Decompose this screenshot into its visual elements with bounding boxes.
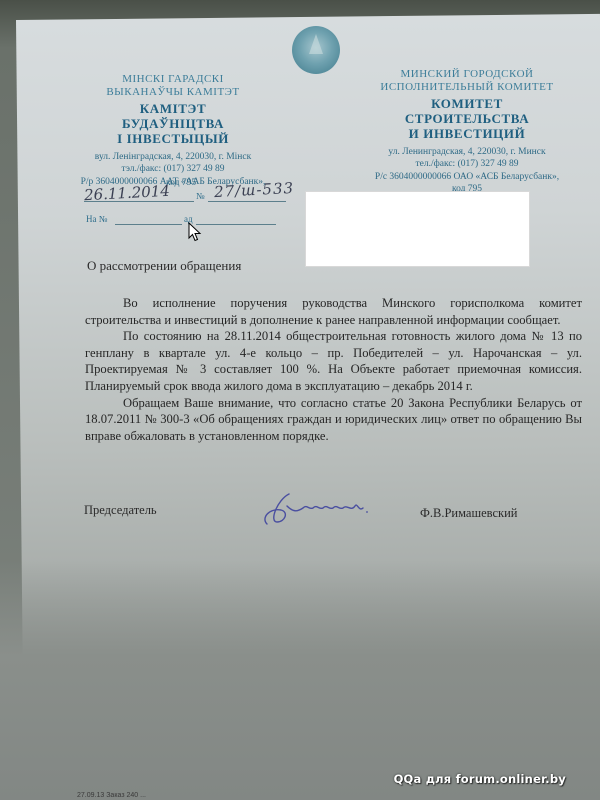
letter-body: Во исполнение поручения руководства Минс… bbox=[85, 295, 582, 444]
coat-of-arms-icon bbox=[292, 26, 340, 74]
paragraph: По состоянию на 28.11.2014 общестроитель… bbox=[85, 328, 582, 394]
address: ул. Ленинградская, 4, 220030, г. Минск bbox=[362, 146, 572, 158]
signatory-name: Ф.В.Римашевский bbox=[420, 506, 517, 521]
org-line-2: БУДАЎНІЦТВА bbox=[68, 117, 278, 132]
authority-line-1: МИНСКИЙ ГОРОДСКОЙ bbox=[362, 68, 572, 81]
number-label: № bbox=[196, 191, 205, 201]
org-line-3: І ІНВЕСТЫЦЫЙ bbox=[68, 132, 278, 147]
paragraph: Во исполнение поручения руководства Минс… bbox=[85, 295, 582, 328]
paper-shadow bbox=[0, 560, 600, 800]
signature-block: Председатель Ф.В.Римашевский bbox=[84, 498, 584, 538]
org-line-3: И ИНВЕСТИЦИЙ bbox=[362, 127, 572, 142]
signatory-title: Председатель bbox=[84, 503, 157, 518]
org-line-1: КОМИТЕТ bbox=[362, 97, 572, 112]
authority-line-2: ИСПОЛНИТЕЛЬНЫЙ КОМИТЕТ bbox=[362, 81, 572, 94]
address: вул. Ленінградская, 4, 220030, г. Мінск bbox=[68, 151, 278, 163]
letter-subject: О рассмотрении обращения bbox=[87, 258, 241, 274]
redacted-recipient bbox=[305, 191, 530, 267]
print-footer: 27.09.13 Заказ 240 ... bbox=[77, 792, 146, 799]
signature-icon bbox=[259, 490, 389, 530]
date-underline bbox=[84, 201, 194, 202]
paragraph: Обращаем Ваше внимание, что согласно ста… bbox=[85, 395, 582, 445]
phone: тэл./факс: (017) 327 49 89 bbox=[68, 163, 278, 175]
number-underline bbox=[208, 201, 286, 202]
mouse-cursor-icon bbox=[188, 222, 202, 242]
watermark: QQa для forum.onliner.by bbox=[394, 772, 566, 786]
from-underline bbox=[196, 224, 276, 225]
bank-account: Р/с 3604000000066 ОАО «АСБ Беларусбанк», bbox=[362, 171, 572, 183]
reply-to-label: На № bbox=[86, 214, 107, 224]
org-line-1: КАМІТЭТ bbox=[68, 102, 278, 117]
reply-to-underline bbox=[115, 224, 182, 225]
org-line-2: СТРОИТЕЛЬСТВА bbox=[362, 112, 572, 127]
bank-code-by: код 795 bbox=[166, 178, 196, 188]
phone: тел./факс: (017) 327 49 89 bbox=[362, 158, 572, 170]
authority-line-1: МІНСКІ ГАРАДСКІ bbox=[68, 73, 278, 86]
letterhead-belarusian: МІНСКІ ГАРАДСКІ ВЫКАНАЎЧЫ КАМІТЭТ КАМІТЭ… bbox=[68, 73, 278, 188]
authority-line-2: ВЫКАНАЎЧЫ КАМІТЭТ bbox=[68, 86, 278, 99]
letterhead-russian: МИНСКИЙ ГОРОДСКОЙ ИСПОЛНИТЕЛЬНЫЙ КОМИТЕТ… bbox=[362, 68, 572, 195]
